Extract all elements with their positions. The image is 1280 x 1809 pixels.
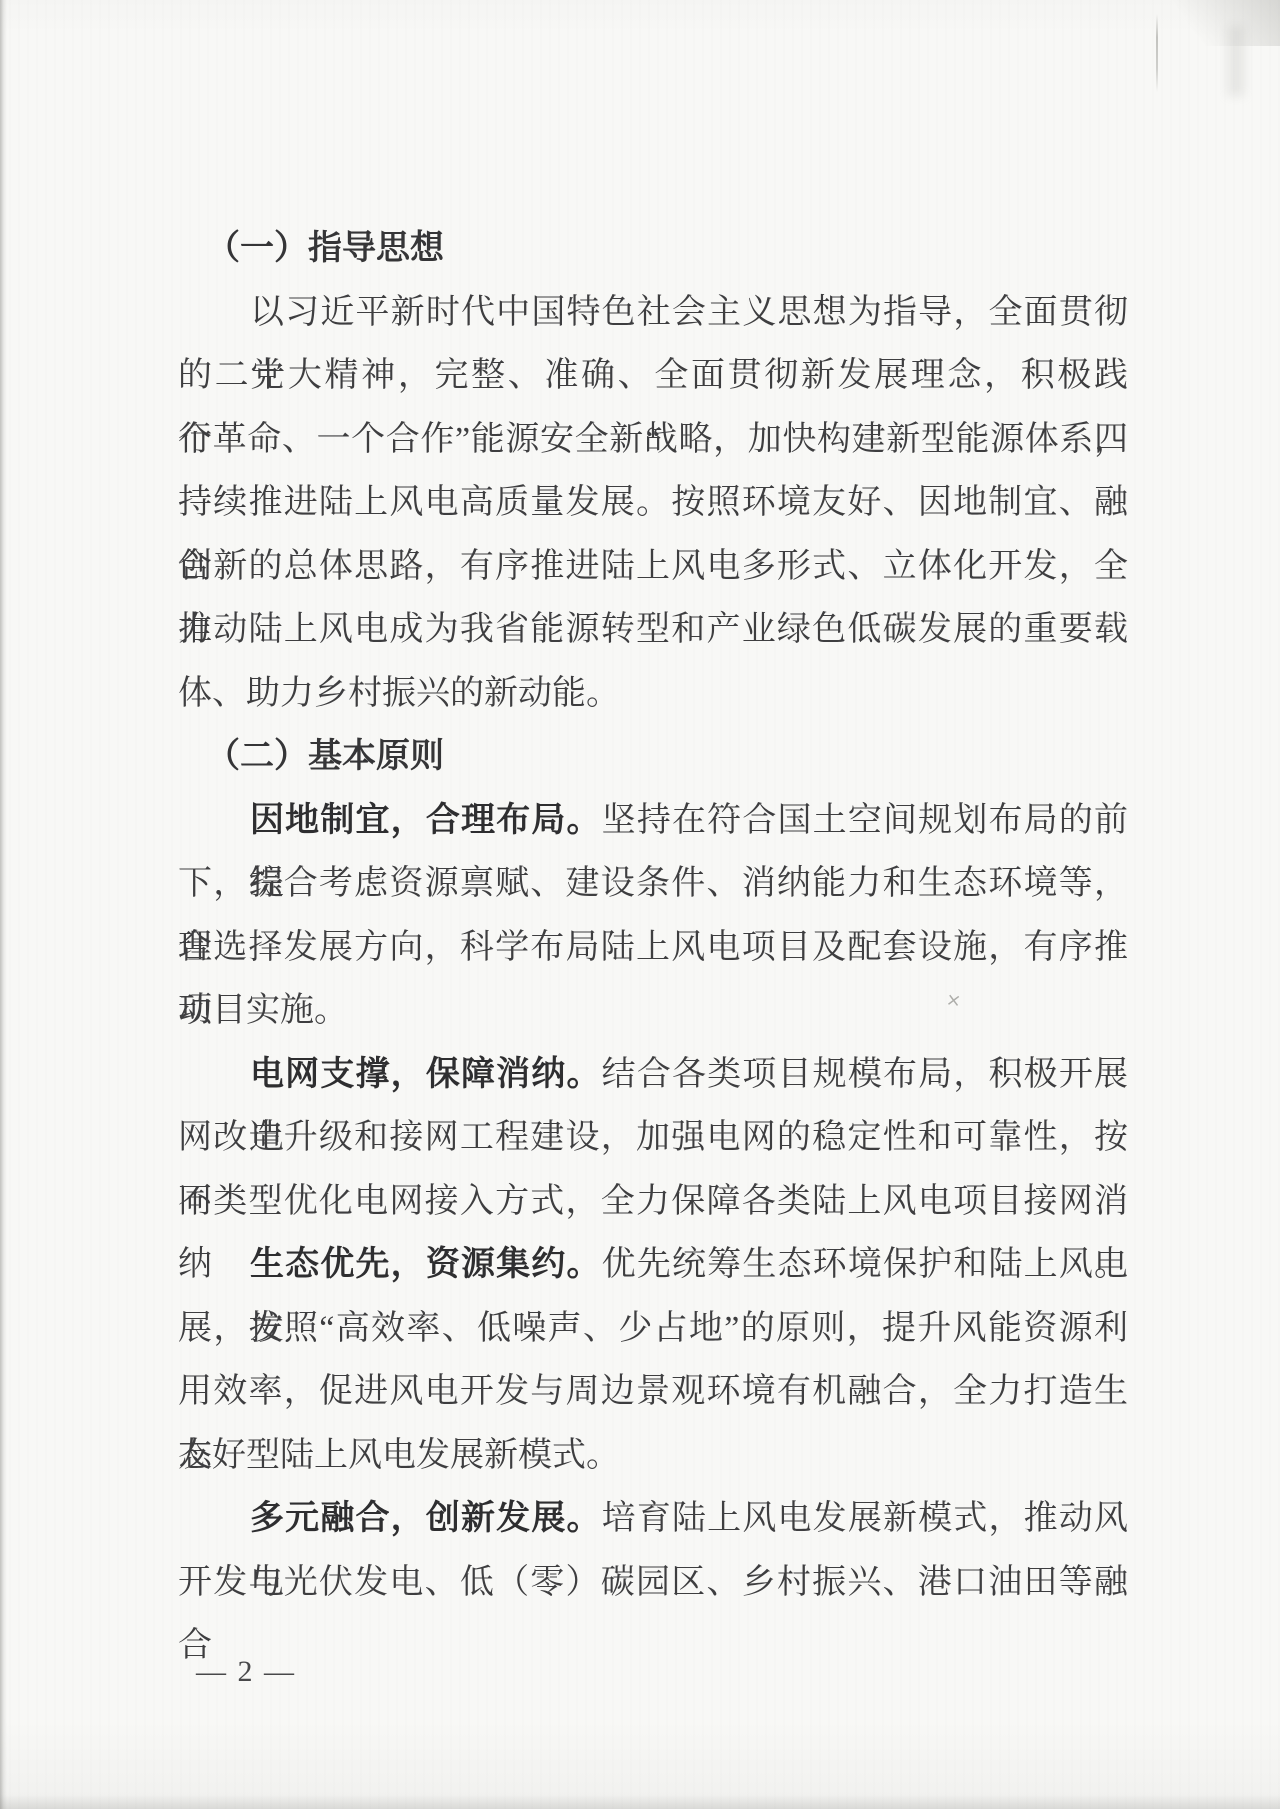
lead-in-emphasis: 多元融合，创新发展。 (250, 1500, 602, 1537)
text-line: 因地制宜，合理布局。坚持在符合国土空间规划布局的前提 (178, 789, 1128, 853)
line-text: 项目实施。 (178, 992, 348, 1029)
lead-in-emphasis: 电网支撑，保障消纳。 (250, 1056, 602, 1093)
text-line: 下，综合考虑资源禀赋、建设条件、消纳能力和生态环境等，合 (178, 852, 1128, 916)
text-line: 持续推进陆上风电高质量发展。按照环境友好、因地制宜、融合 (178, 471, 1128, 535)
text-line: 同类型优化电网接入方式，全力保障各类陆上风电项目接网消纳。 (178, 1170, 1128, 1234)
scan-bottom-edge-shadow (0, 1795, 1280, 1809)
text-line: 网改造升级和接网工程建设，加强电网的稳定性和可靠性，按不 (178, 1106, 1128, 1170)
line-text: 开发与光伏发电、低（零）碳园区、乡村振兴、港口油田等融合 (178, 1564, 1128, 1665)
line-text: 个革命、一个合作”能源安全新战略，加快构建新型能源体系， (178, 421, 1128, 458)
text-line: 开发与光伏发电、低（零）碳园区、乡村振兴、港口油田等融合 (178, 1551, 1128, 1615)
text-line: 理选择发展方向，科学布局陆上风电项目及配套设施，有序推动 (178, 916, 1128, 980)
scanned-document-page: （一）指导思想以习近平新时代中国特色社会主义思想为指导，全面贯彻党的二十大精神，… (0, 0, 1280, 1809)
text-line: 个革命、一个合作”能源安全新战略，加快构建新型能源体系， (178, 408, 1128, 472)
line-text: 展，按照“高效率、低噪声、少占地”的原则，提升风能资源利 (178, 1310, 1128, 1347)
text-line: 生态优先，资源集约。优先统筹生态环境保护和陆上风电发 (178, 1233, 1128, 1297)
line-text: 体、助力乡村振兴的新动能。 (178, 675, 620, 712)
scan-artifact-speck: × (945, 991, 962, 1011)
line-text: （二）基本原则 (206, 738, 444, 775)
scan-smudge (1228, 26, 1244, 96)
text-line: 的二十大精神，完整、准确、全面贯彻新发展理念，积极践行“四 (178, 344, 1128, 408)
text-line: 以习近平新时代中国特色社会主义思想为指导，全面贯彻党 (178, 281, 1128, 345)
text-line: （二）基本原则 (178, 725, 1128, 789)
text-line: （一）指导思想 (178, 217, 1128, 281)
text-line: 多元融合，创新发展。培育陆上风电发展新模式，推动风电 (178, 1487, 1128, 1551)
lead-in-emphasis: 生态优先，资源集约。 (250, 1246, 602, 1283)
text-line: 推动陆上风电成为我省能源转型和产业绿色低碳发展的重要载 (178, 598, 1128, 662)
line-text: 推动陆上风电成为我省能源转型和产业绿色低碳发展的重要载 (178, 611, 1128, 648)
line-text: （一）指导思想 (206, 230, 444, 267)
text-line: 友好型陆上风电发展新模式。 (178, 1424, 1128, 1488)
line-text: 友好型陆上风电发展新模式。 (178, 1437, 620, 1474)
text-line: 体、助力乡村振兴的新动能。 (178, 662, 1128, 726)
scan-top-right-corner-shade (1130, 0, 1280, 46)
document-body: （一）指导思想以习近平新时代中国特色社会主义思想为指导，全面贯彻党的二十大精神，… (178, 217, 1128, 1614)
text-line: 创新的总体思路，有序推进陆上风电多形式、立体化开发，全力 (178, 535, 1128, 599)
lead-in-emphasis: 因地制宜，合理布局。 (250, 802, 602, 839)
scan-right-edge-line (1156, 14, 1158, 92)
scan-left-edge-shadow (0, 0, 7, 1809)
text-line: 项目实施。 (178, 979, 1128, 1043)
page-number: — 2 — (196, 1650, 296, 1694)
text-line: 用效率，促进风电开发与周边景观环境有机融合，全力打造生态 (178, 1360, 1128, 1424)
text-line: 展，按照“高效率、低噪声、少占地”的原则，提升风能资源利 (178, 1297, 1128, 1361)
text-line: 电网支撑，保障消纳。结合各类项目规模布局，积极开展电 (178, 1043, 1128, 1107)
